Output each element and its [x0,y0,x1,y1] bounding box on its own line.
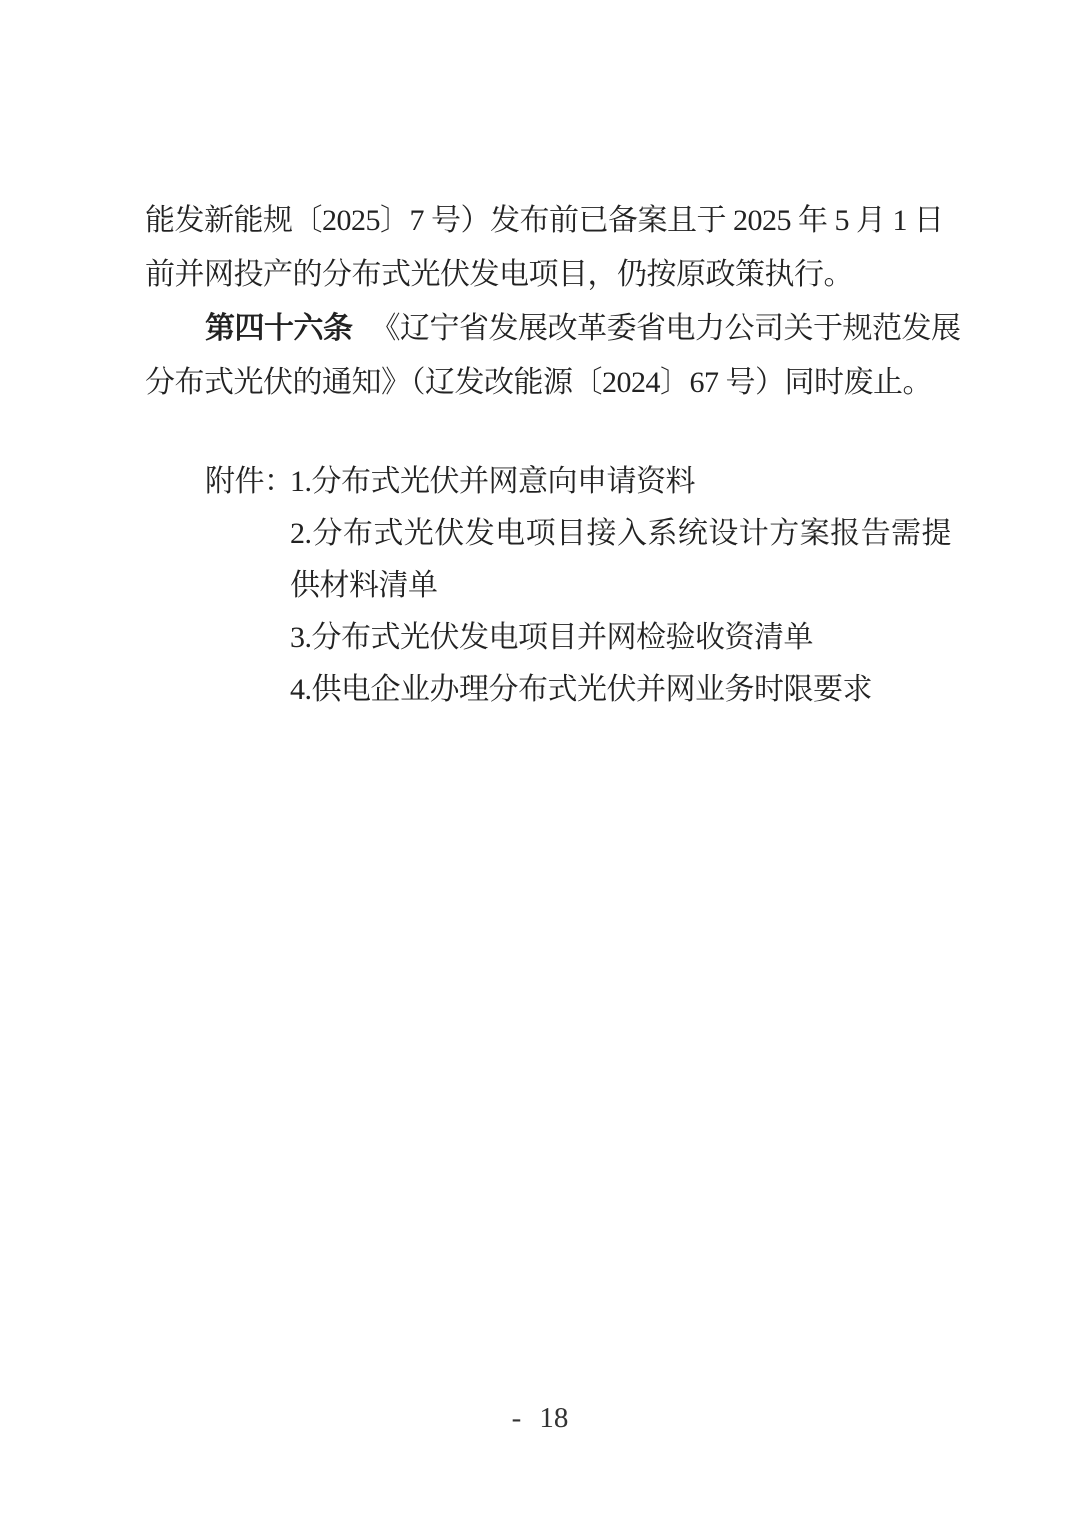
paragraph-1-line-1: 能发新能规〔2025〕7 号）发布前已备案且于 2025 年 5 月 1 日 [145,194,938,248]
page-number-value: 18 [539,1402,568,1434]
article-46-term: 第四十六条 [205,312,353,345]
paragraph-1-line-2: 前并网投产的分布式光伏发电项目，仍按原政策执行。 [145,248,938,302]
attachments-list: 1.分布式光伏并网意向申请资料 2.分布式光伏发电项目接入系统设计方案报告需提 … [290,456,951,716]
attachment-item-4: 4.供电企业办理分布式光伏并网业务时限要求 [290,664,951,716]
article-46-text: 《辽宁省发展改革委省电力公司关于规范发展 [371,312,961,345]
document-body: 能发新能规〔2025〕7 号）发布前已备案且于 2025 年 5 月 1 日 前… [145,194,938,410]
page-number: -18 [0,1398,1080,1438]
article-46-line-2: 分布式光伏的通知》（辽发改能源〔2024〕67 号）同时废止。 [145,356,938,410]
page-number-dash: - [512,1402,522,1434]
attachment-item-2-line-1: 2.分布式光伏发电项目接入系统设计方案报告需提 [290,508,951,560]
attachment-item-2-line-2: 供材料清单 [290,560,951,612]
attachment-item-3: 3.分布式光伏发电项目并网检验收资清单 [290,612,951,664]
attachments-label: 附件： [205,456,294,508]
document-page: 能发新能规〔2025〕7 号）发布前已备案且于 2025 年 5 月 1 日 前… [0,0,1080,1527]
article-46-line-1: 第四十六条《辽宁省发展改革委省电力公司关于规范发展 [145,302,938,356]
attachment-item-1: 1.分布式光伏并网意向申请资料 [290,456,951,508]
